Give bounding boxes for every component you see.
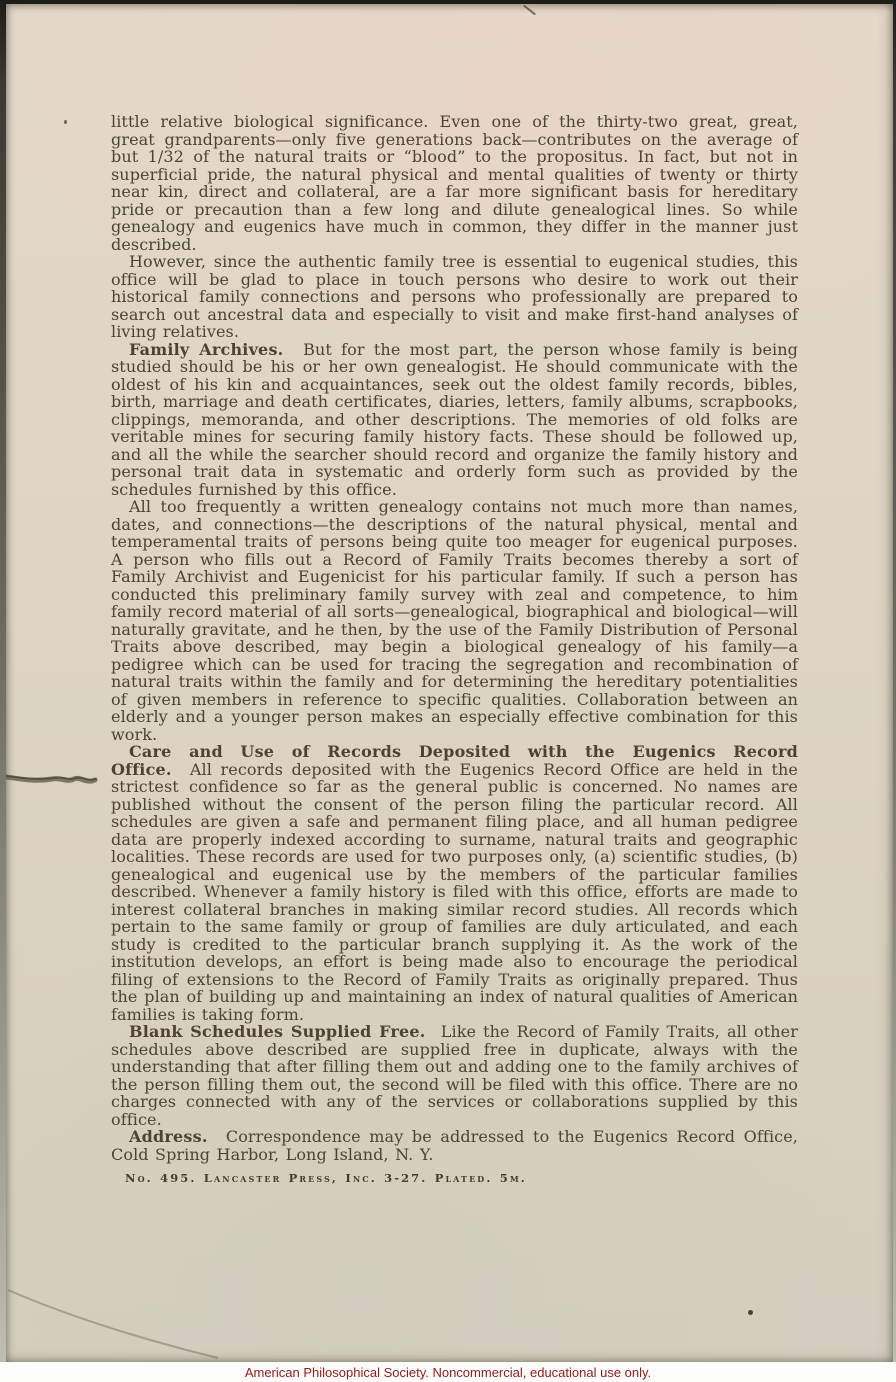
paragraph-text: However, since the authentic family tree… <box>111 252 798 341</box>
paragraph-lead-blank-schedules: Blank Schedules Supplied Free. <box>129 1022 441 1041</box>
paragraph: Address.Correspondence may be addressed … <box>111 1128 798 1163</box>
paragraph: All too frequently a written genealogy c… <box>111 498 798 743</box>
paragraph: little relative biological significance.… <box>111 113 798 253</box>
paper-tear-mark <box>6 766 102 792</box>
paragraph-text: little relative biological significance.… <box>111 112 798 254</box>
scanned-document: little relative biological significance.… <box>0 0 896 1382</box>
footer-caption-bar: American Philosophical Society. Noncomme… <box>0 1362 896 1382</box>
paper-speck <box>748 1310 753 1315</box>
paper-crease <box>6 1286 236 1366</box>
paragraph: Blank Schedules Supplied Free.Like the R… <box>111 1023 798 1128</box>
paragraph-lead-family-archives: Family Archives. <box>129 340 303 359</box>
paper-crack-mark <box>523 5 536 16</box>
paragraph-text: All records deposited with the Eugenics … <box>111 760 798 1024</box>
printer-imprint: No. 495. Lancaster Press, Inc. 3-27. Pla… <box>125 1170 798 1188</box>
paragraph: However, since the authentic family tree… <box>111 253 798 341</box>
document-page: little relative biological significance.… <box>6 4 893 1362</box>
footer-caption: American Philosophical Society. Noncomme… <box>245 1365 651 1380</box>
paragraph-lead-address: Address. <box>129 1127 226 1146</box>
paragraph: Care and Use of Records Deposited with t… <box>111 743 798 1023</box>
paragraph-text: But for the most part, the person whose … <box>111 340 798 499</box>
paper-speck <box>64 120 67 124</box>
paragraph: Family Archives.But for the most part, t… <box>111 341 798 499</box>
document-text: little relative biological significance.… <box>111 113 798 1188</box>
paragraph-text: All too frequently a written genealogy c… <box>111 497 798 744</box>
